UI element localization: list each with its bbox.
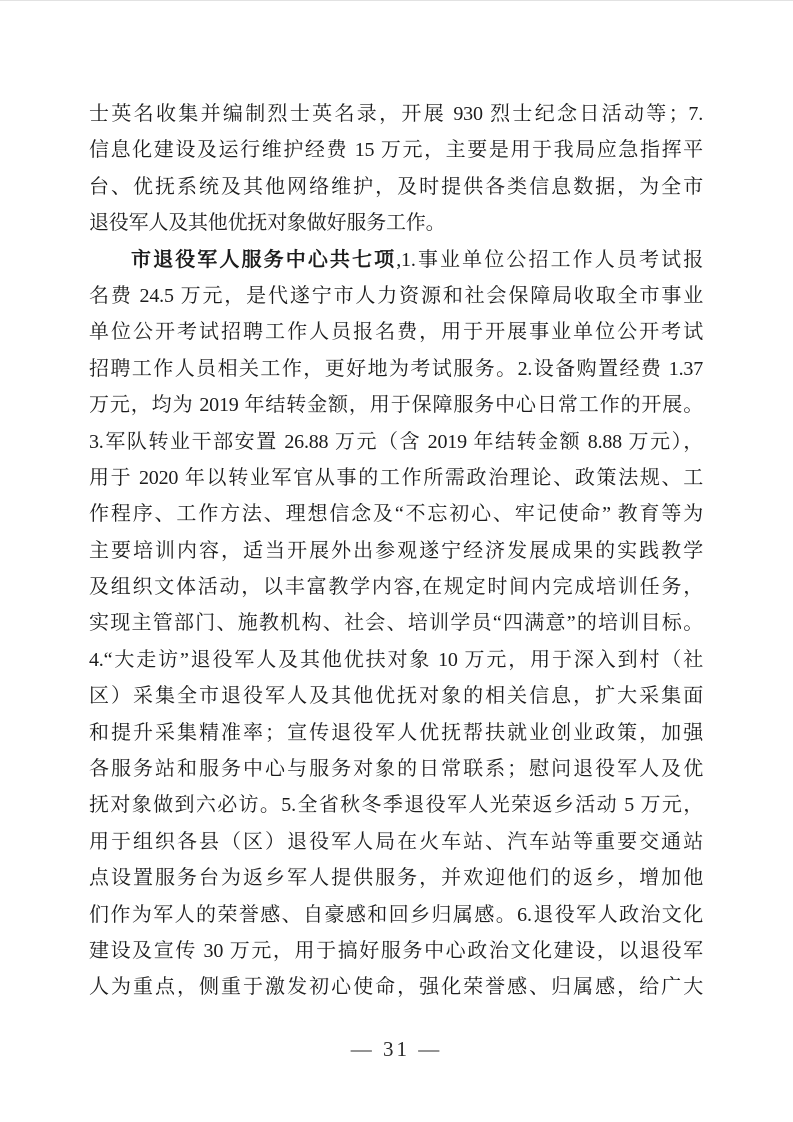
text-line: 作程序、工作方法、理想信念及“不忘初心、牢记使命” 教育等为 bbox=[89, 496, 703, 532]
text-line: 台、优抚系统及其他网络维护，及时提供各类信息数据，为全市 bbox=[89, 169, 703, 205]
text-line: 区）采集全市退役军人及其他优抚对象的相关信息，扩大采集面 bbox=[89, 678, 703, 714]
text-line: 用于组织各县（区）退役军人局在火车站、汽车站等重要交通站 bbox=[89, 824, 703, 860]
text-line: 及组织文体活动，以丰富教学内容,在规定时间内完成培训任务， bbox=[89, 569, 703, 605]
text-line: 单位公开考试招聘工作人员报名费，用于开展事业单位公开考试 bbox=[89, 314, 703, 350]
text-line: 用于 2020 年以转业军官从事的工作所需政治理论、政策法规、工 bbox=[89, 460, 703, 496]
text-line: 万元，均为 2019 年结转金额，用于保障服务中心日常工作的开展。 bbox=[89, 387, 703, 423]
text-line: 招聘工作人员相关工作，更好地为考试服务。2.设备购置经费 1.37 bbox=[89, 351, 703, 387]
text-line: 名费 24.5 万元，是代遂宁市人力资源和社会保障局收取全市事业 bbox=[89, 278, 703, 314]
text-line: 4.“大走访”退役军人及其他优扶对象 10 万元，用于深入到村（社 bbox=[89, 642, 703, 678]
text-line: 抚对象做到六必访。5.全省秋冬季退役军人光荣返乡活动 5 万元， bbox=[89, 787, 703, 823]
text-line: 市退役军人服务中心共七项,1.事业单位公招工作人员考试报 bbox=[89, 242, 703, 278]
text-run: ,1.事业单位公招工作人员考试报 bbox=[396, 249, 703, 271]
document-page: 士英名收集并编制烈士英名录，开展 930 烈士纪念日活动等；7. 信息化建设及运… bbox=[0, 0, 793, 1122]
page-number: — 31 — bbox=[0, 1037, 793, 1062]
text-line: 各服务站和服务中心与服务对象的日常联系；慰问退役军人及优 bbox=[89, 751, 703, 787]
text-line: 士英名收集并编制烈士英名录，开展 930 烈士纪念日活动等；7. bbox=[89, 96, 703, 132]
text-line: 信息化建设及运行维护经费 15 万元，主要是用于我局应急指挥平 bbox=[89, 132, 703, 168]
text-line: 人为重点，侧重于激发初心使命，强化荣誉感、归属感，给广大 bbox=[89, 969, 703, 1005]
text-line: 实现主管部门、施教机构、社会、培训学员“四满意”的培训目标。 bbox=[89, 605, 703, 641]
section-heading: 市退役军人服务中心共七项 bbox=[131, 249, 396, 271]
text-line: 建设及宣传 30 万元，用于搞好服务中心政治文化建设，以退役军 bbox=[89, 933, 703, 969]
body-text: 士英名收集并编制烈士英名录，开展 930 烈士纪念日活动等；7. 信息化建设及运… bbox=[89, 96, 703, 1006]
text-line: 3.军队转业干部安置 26.88 万元（含 2019 年结转金额 8.88 万元… bbox=[89, 424, 703, 460]
text-line: 和提升采集精准率；宣传退役军人优抚帮扶就业创业政策，加强 bbox=[89, 715, 703, 751]
text-line: 点设置服务台为返乡军人提供服务，并欢迎他们的返乡，增加他 bbox=[89, 860, 703, 896]
text-line: 们作为军人的荣誉感、自豪感和回乡归属感。6.退役军人政治文化 bbox=[89, 897, 703, 933]
text-line: 退役军人及其他优抚对象做好服务工作。 bbox=[89, 205, 703, 241]
text-line: 主要培训内容，适当开展外出参观遂宁经济发展成果的实践教学 bbox=[89, 533, 703, 569]
